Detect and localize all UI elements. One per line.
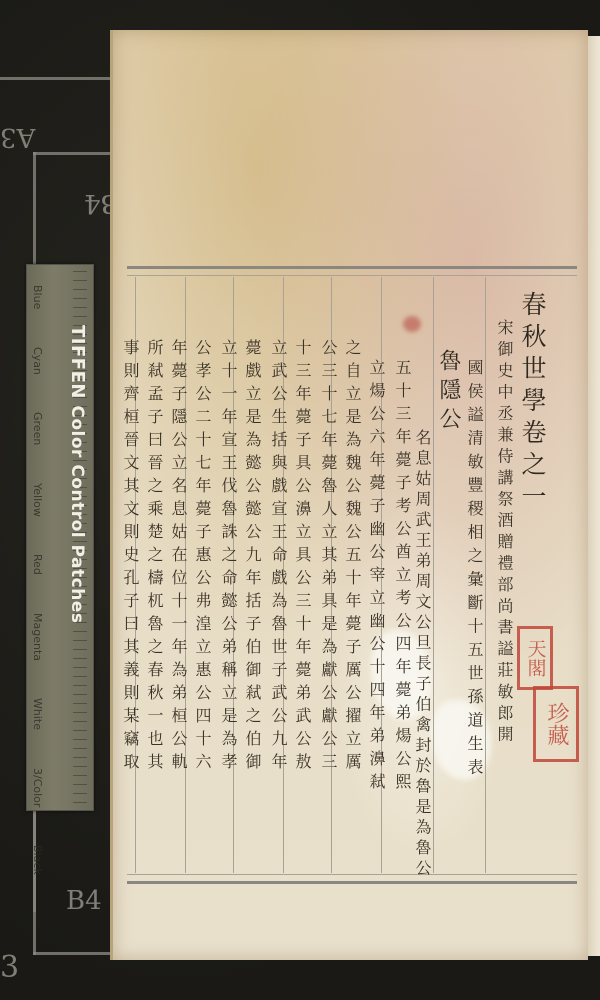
column-rule	[433, 277, 434, 873]
color-control-strip: Blue Cyan Green Yellow Red Magenta White…	[26, 264, 94, 811]
body-column: 立武公生括與戲宣王命戲為魯世子武公九年	[267, 339, 289, 776]
brand-name: TIFFEN	[67, 325, 88, 399]
board-gridline	[33, 952, 115, 955]
text-frame: 春秋世學卷之一 宋御史中丞兼侍講祭酒贈禮部尚書謚莊敏郎開 國侯謚清敏豐稷相之彙斷…	[127, 266, 577, 884]
swatch-label: Black	[31, 845, 44, 875]
swatch-label: Blue	[31, 285, 44, 309]
author-line-1: 宋御史中丞兼侍講祭酒贈禮部尚書謚莊敏郎開	[493, 319, 515, 747]
board-label-b4-bottom: B4	[66, 886, 102, 916]
section-line: 名息姑周武王弟周文公旦長子伯禽封於魯是為魯公	[411, 429, 433, 880]
strip-brand-title: TIFFEN Color Control Patches	[67, 325, 88, 623]
author-line-2: 國侯謚清敏豐稷相之彙斷十五世孫道生表	[463, 359, 485, 782]
collector-seal-large: 珍藏	[533, 686, 579, 762]
book-page: 春秋世學卷之一 宋御史中丞兼侍講祭酒贈禮部尚書謚莊敏郎開 國侯謚清敏豐稷相之彙斷…	[110, 30, 588, 960]
body-column: 立煬公六年薨子幽公宰立幽公十四年弟濞弒	[365, 359, 387, 796]
body-column: 五十三年薨子考公酋立考公四年薨弟煬公熙	[391, 359, 413, 796]
collector-seal-small: 天閣	[517, 626, 553, 690]
body-column: 立十一年宣王伐魯誅之命懿公弟稱立是為孝	[217, 339, 239, 776]
seal-text: 珍藏	[545, 702, 567, 746]
book-title: 春秋世學卷之一	[521, 291, 543, 515]
seal-text: 天閣	[526, 639, 545, 677]
column-rule	[485, 277, 486, 873]
body-column: 年薨子隱公立名息姑在位十一年為弟桓公軌	[167, 339, 189, 776]
section-heading: 魯隱公	[437, 349, 459, 436]
swatch-label: Magenta	[31, 613, 44, 661]
swatch-label: Cyan	[31, 347, 44, 375]
swatch-label: White	[31, 698, 44, 730]
swatch-label: Red	[31, 554, 44, 575]
body-column: 之自立是為魏公魏公五十年薨子厲公擢立厲	[341, 339, 363, 776]
swatch-label: Yellow	[31, 483, 44, 517]
swatch-label: Green	[31, 412, 44, 445]
board-gridline	[0, 77, 115, 80]
body-column: 十三年薨子具公濞立具公三十年薨弟武公敖	[291, 339, 313, 776]
body-column: 公三十七年薨魯人立其弟具是為獻公獻公三	[317, 339, 339, 776]
board-gridline	[33, 152, 115, 155]
body-column: 薨戲立是為懿公懿公九年括子伯御弒之伯御	[241, 339, 263, 776]
body-column: 事則齊桓晉文其文則史孔子曰其義則某竊取	[119, 339, 141, 776]
board-label-3: 3	[0, 950, 19, 985]
body-column: 公孝公二十七年薨子惠公弗湟立惠公四十六	[191, 339, 213, 776]
body-column: 所弒孟子曰晉之乘楚之檮杌魯之春秋一也其	[143, 339, 165, 776]
strip-title: Color Control Patches	[67, 405, 87, 623]
swatch-labels: Blue Cyan Green Yellow Red Magenta White…	[31, 285, 44, 909]
board-label-a3: A3	[0, 122, 35, 152]
swatch-label: 3/Color	[31, 768, 44, 807]
